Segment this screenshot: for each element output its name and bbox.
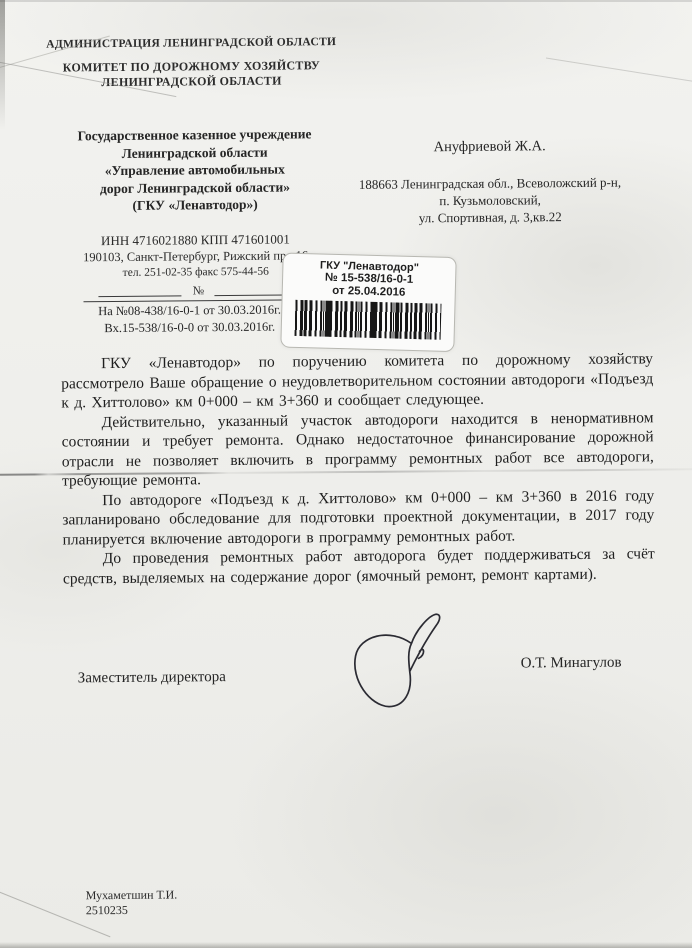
recipient-address-line3: ул. Спортивная, д. 3,кв.22 <box>338 208 643 227</box>
executor-phone: 2510235 <box>86 902 178 918</box>
sender-inn-kpp: ИНН 4716021880 КПП 471601001 <box>48 231 343 250</box>
outgoing-number-row: № <box>83 283 293 299</box>
sender-org-line: (ГКУ «Ленавтодор») <box>48 195 343 215</box>
recipient-name: Ануфриевой Ж.А. <box>347 137 632 156</box>
barcode <box>295 300 442 340</box>
signer-position: Заместитель директора <box>78 669 226 687</box>
number-sign: № <box>183 283 213 298</box>
executor-name: Мухаметшин Т.И. <box>86 887 178 903</box>
letter-body: ГКУ «Ленавтодор» по поручению комитета п… <box>61 349 655 588</box>
scanned-letter-page: АДМИНИСТРАЦИЯ ЛЕНИНГРАДСКОЙ ОБЛАСТИ КОМИ… <box>0 0 692 948</box>
signer-name: О.Т. Минагулов <box>521 655 622 673</box>
body-paragraph-3: По автодороге «Подъезд к д. Хиттолово» к… <box>62 486 654 550</box>
sender-organization: Государственное казенное учреждение Лени… <box>47 125 343 215</box>
handwritten-signature-stroke <box>339 609 450 715</box>
executor-block: Мухаметшин Т.И. 2510235 <box>86 887 178 918</box>
sender-org-line: Государственное казенное учреждение <box>47 125 342 145</box>
body-paragraph-1: ГКУ «Ленавтодор» по поручению комитета п… <box>61 349 653 413</box>
letterhead-committee-line2: ЛЕНИНГРАДСКОЙ ОБЛАСТИ <box>37 73 347 91</box>
letterhead-committee-line1: КОМИТЕТ ПО ДОРОЖНОМУ ХОЗЯЙСТВУ <box>36 58 346 76</box>
number-blank-line-right <box>214 294 287 297</box>
letterhead-committee: КОМИТЕТ ПО ДОРОЖНОМУ ХОЗЯЙСТВУ ЛЕНИНГРАД… <box>36 58 346 91</box>
number-blank-line-left <box>98 294 181 297</box>
recipient-address-line2: п. Кузьмоловский, <box>338 191 643 210</box>
body-paragraph-4: До проведения ремонтных работ автодорога… <box>63 544 655 588</box>
body-paragraph-2: Действительно, указанный участок автодор… <box>61 408 654 491</box>
reference-incoming-1: На №08-438/16-0-1 от 30.03.2016г. <box>84 302 296 319</box>
reference-incoming-2: Вх.15-538/16-0-0 от 30.03.2016г. <box>84 319 296 336</box>
registration-sticker: ГКУ "Ленавтодор" № 15-538/16-0-1 от 25.0… <box>280 253 456 353</box>
recipient-address-line1: 188663 Ленинградская обл., Всеволожский … <box>337 174 642 193</box>
letter-content: АДМИНИСТРАЦИЯ ЛЕНИНГРАДСКОЙ ОБЛАСТИ КОМИ… <box>0 0 692 948</box>
letterhead-administration: АДМИНИСТРАЦИЯ ЛЕНИНГРАДСКОЙ ОБЛАСТИ <box>36 36 346 51</box>
